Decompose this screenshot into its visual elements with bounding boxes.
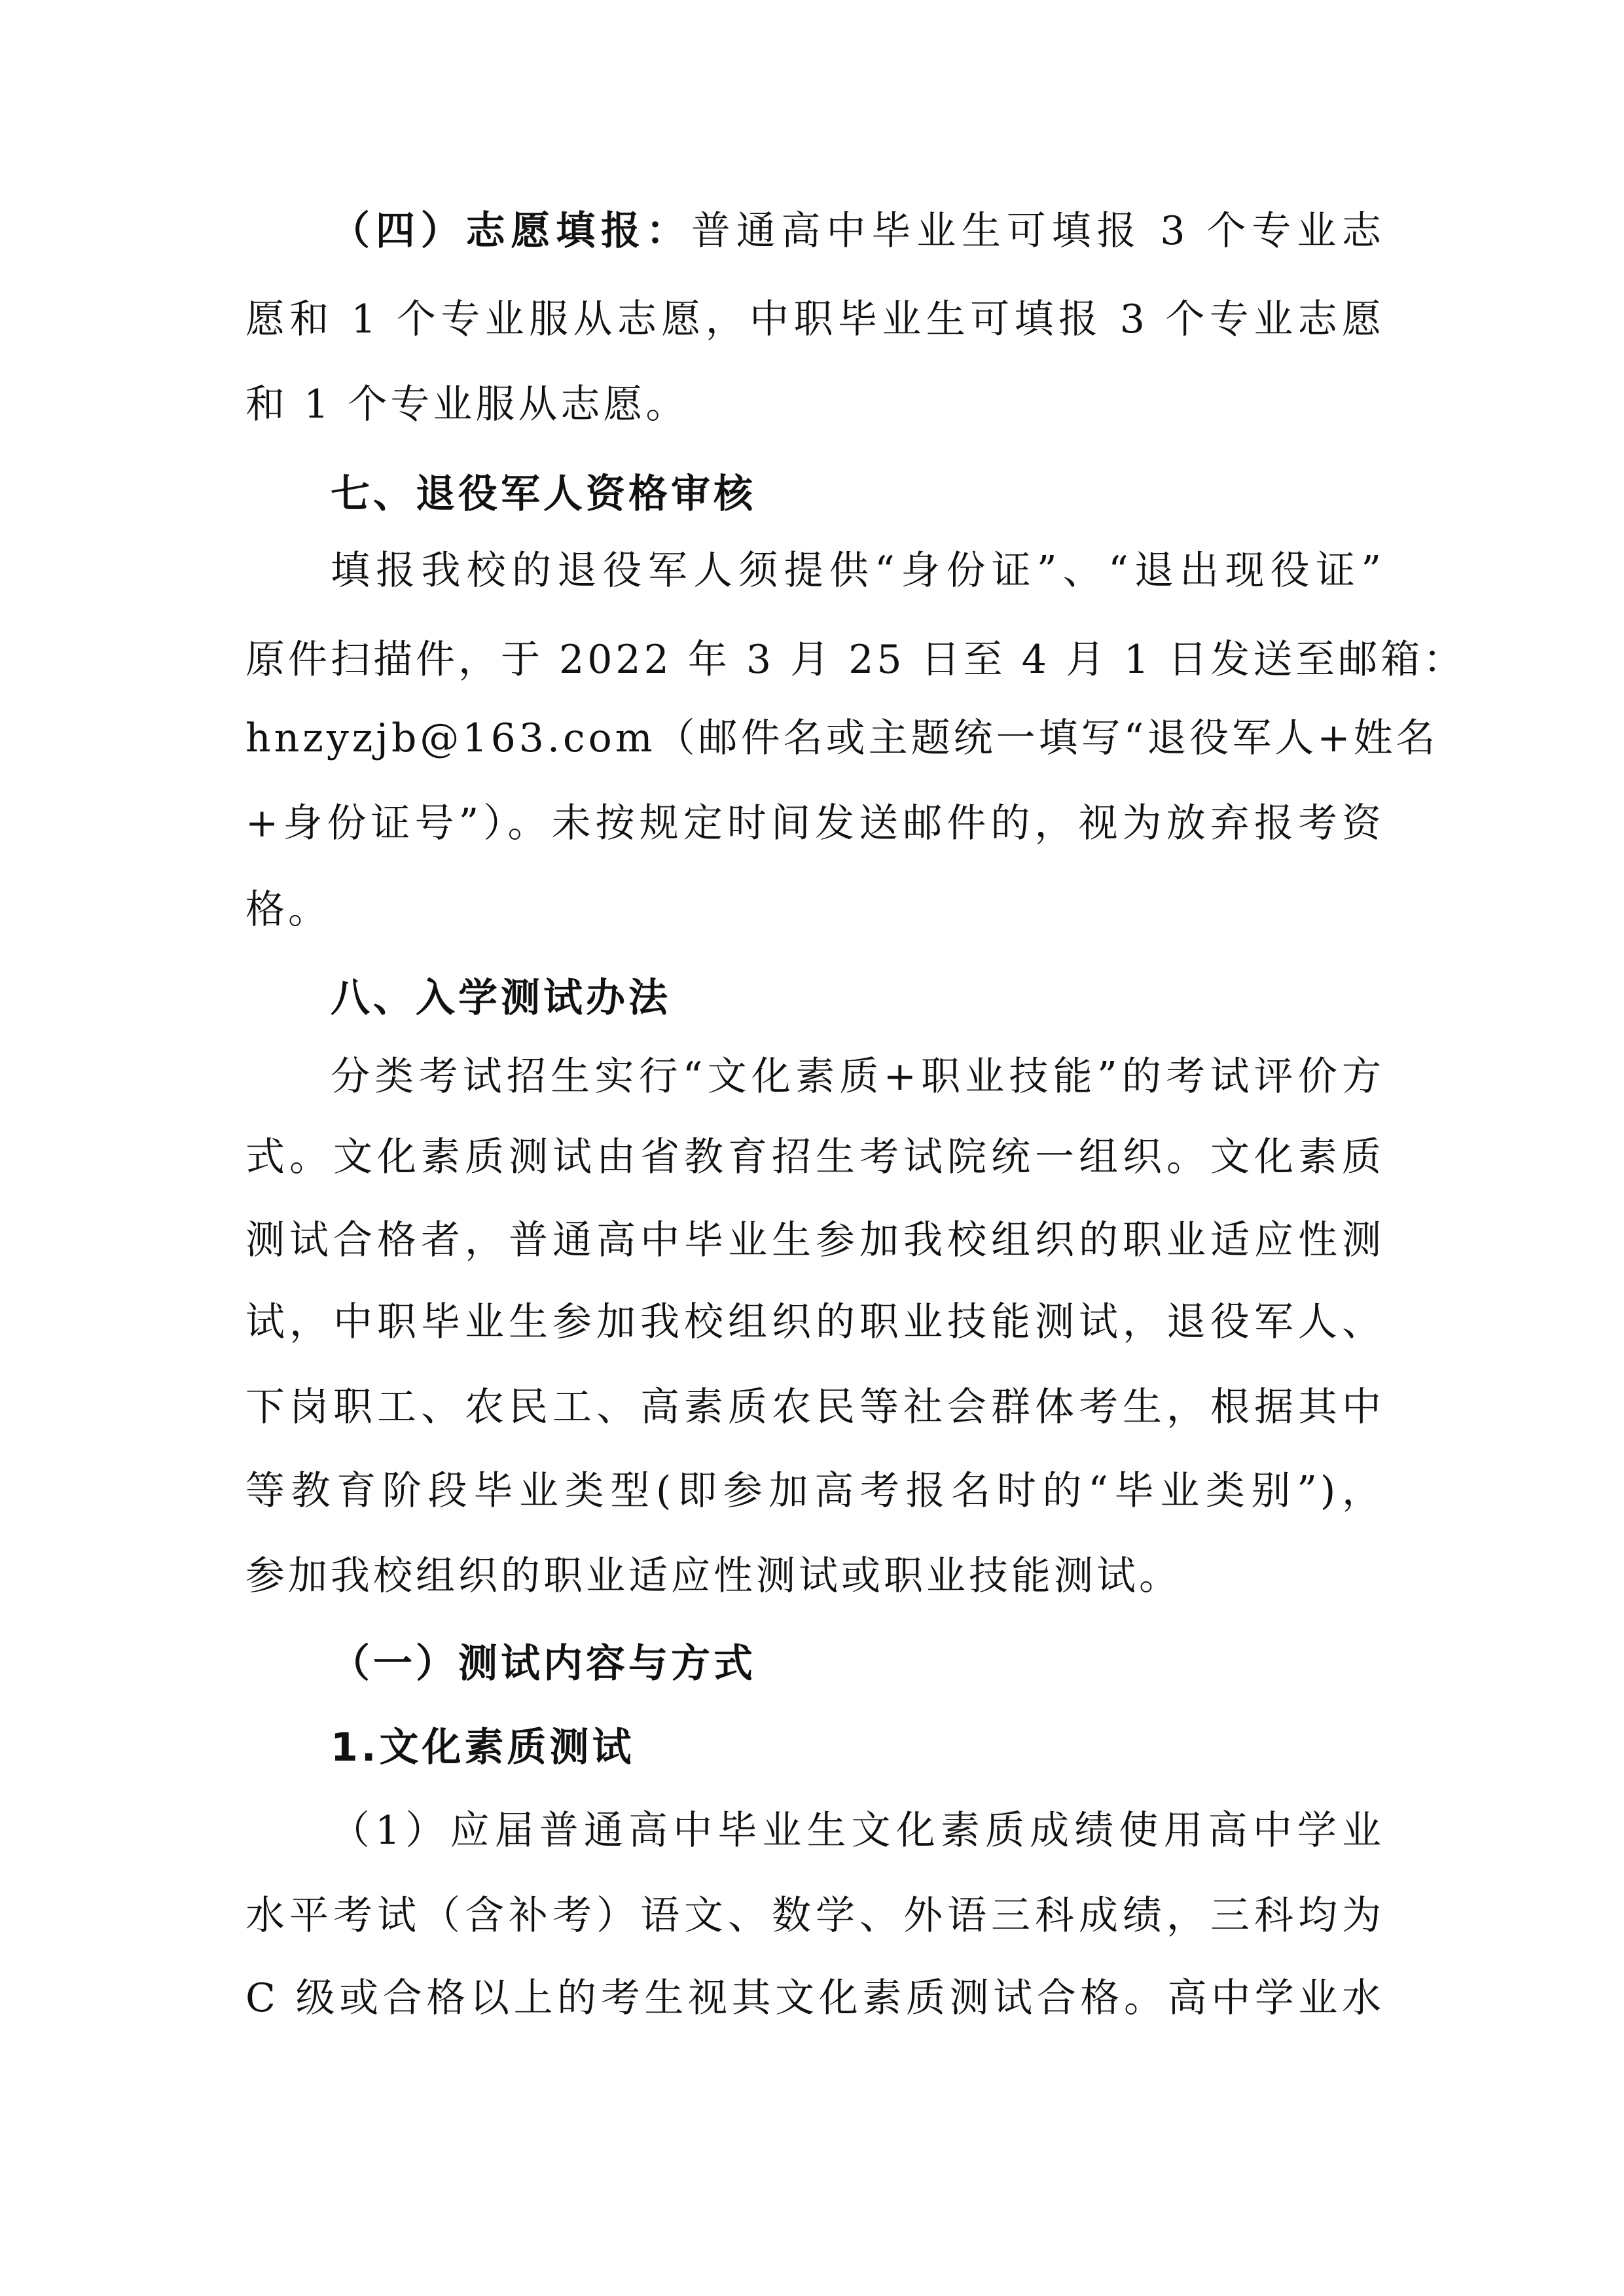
paragraph-veteran-line-3: hnzyzjb@163.com（邮件名或主题统一填写“退役军人+姓名 bbox=[245, 706, 1384, 771]
paragraph-test-line-4: 试，中职毕业生参加我校组织的职业技能测试，退役军人、 bbox=[245, 1289, 1384, 1355]
section-heading-test: 八、入学测试办法 bbox=[331, 965, 1384, 1031]
paragraph-veteran-line-5: 格。 bbox=[245, 877, 1384, 942]
document-page: （四）志愿填报：普通高中毕业生可填报 3 个专业志 愿和 1 个专业服从志愿，中… bbox=[0, 0, 1624, 2296]
paragraph-culture-line-3: C 级或合格以上的考生视其文化素质测试合格。高中学业水 bbox=[245, 1965, 1384, 2031]
paragraph-veteran-line-2: 原件扫描件，于 2022 年 3 月 25 日至 4 月 1 日发送至邮箱： bbox=[245, 627, 1384, 692]
subheading-zhiyuan: （四）志愿填报： bbox=[331, 208, 691, 254]
paragraph-zhiyuan-line-1: （四）志愿填报：普通高中毕业生可填报 3 个专业志 bbox=[331, 198, 1384, 264]
paragraph-zhiyuan-line-2: 愿和 1 个专业服从志愿，中职毕业生可填报 3 个专业志愿 bbox=[245, 287, 1384, 352]
paragraph-culture-line-2: 水平考试（含补考）语文、数学、外语三科成绩，三科均为 bbox=[245, 1883, 1384, 1948]
section-heading-veteran: 七、退役军人资格审核 bbox=[331, 461, 1384, 527]
subheading-culture-test: 1.文化素质测试 bbox=[331, 1715, 1384, 1780]
paragraph-test-line-2: 式。文化素质测试由省教育招生考试院统一组织。文化素质 bbox=[245, 1124, 1384, 1190]
paragraph-test-line-3: 测试合格者，普通高中毕业生参加我校组织的职业适应性测 bbox=[245, 1208, 1384, 1273]
paragraph-veteran-line-4: +身份证号”）。未按规定时间发送邮件的，视为放弃报考资 bbox=[245, 791, 1384, 856]
paragraph-culture-line-1: （1）应届普通高中毕业生文化素质成绩使用高中学业 bbox=[331, 1798, 1384, 1863]
paragraph-test-line-6: 等教育阶段毕业类型(即参加高考报名时的“毕业类别”)， bbox=[245, 1458, 1384, 1524]
paragraph-zhiyuan-line-3: 和 1 个专业服从志愿。 bbox=[245, 372, 1384, 437]
paragraph-test-line-5: 下岗职工、农民工、高素质农民等社会群体考生，根据其中 bbox=[245, 1374, 1384, 1440]
subheading-test-content: （一）测试内容与方式 bbox=[331, 1631, 1384, 1696]
paragraph-veteran-line-1: 填报我校的退役军人须提供“身份证”、“退出现役证” bbox=[331, 538, 1384, 603]
paragraph-test-line-7: 参加我校组织的职业适应性测试或职业技能测试。 bbox=[245, 1543, 1384, 1609]
paragraph-test-line-1: 分类考试招生实行“文化素质+职业技能”的考试评价方 bbox=[331, 1044, 1384, 1109]
